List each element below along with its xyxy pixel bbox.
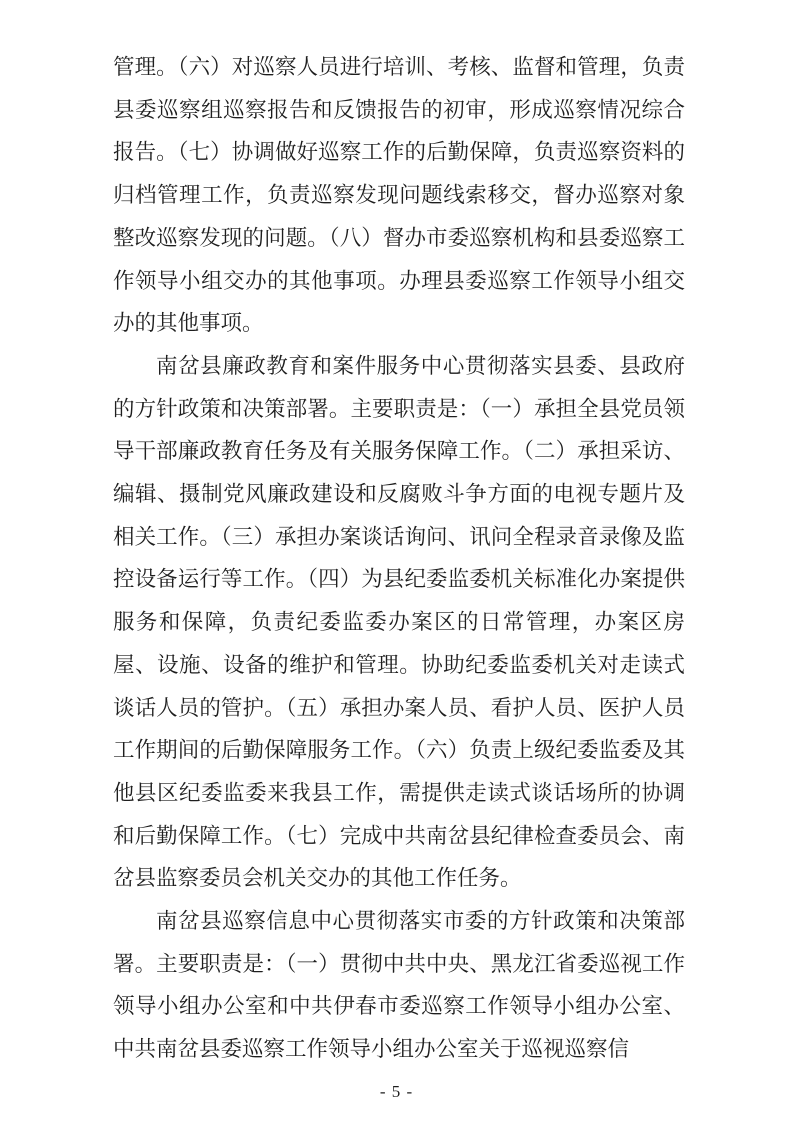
paragraph: 管理。（六）对巡察人员进行培训、考核、监督和管理，负责县委巡察组巡察报告和反馈报… [113,46,685,345]
document-body: 管理。（六）对巡察人员进行培训、考核、监督和管理，负责县委巡察组巡察报告和反馈报… [113,46,685,1071]
paragraph: 南岔县廉政教育和案件服务中心贯彻落实县委、县政府的方针政策和决策部署。主要职责是… [113,345,685,900]
paragraph: 南岔县巡察信息中心贯彻落实市委的方针政策和决策部署。主要职责是：（一）贯彻中共中… [113,900,685,1071]
document-page: 管理。（六）对巡察人员进行培训、考核、监督和管理，负责县委巡察组巡察报告和反馈报… [0,0,793,1122]
page-number: - 5 - [0,1082,793,1102]
